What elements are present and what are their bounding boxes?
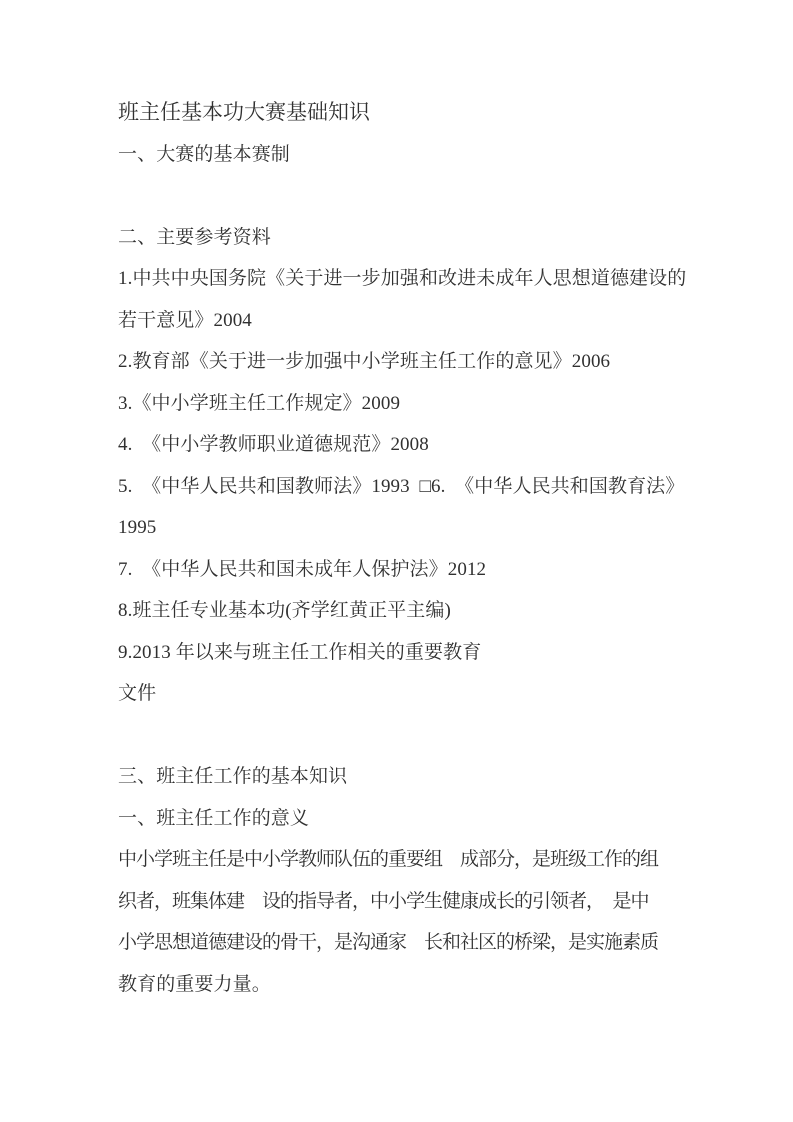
reference-item-3: 3.《中小学班主任工作规定》2009 <box>118 383 678 425</box>
body-text-line: 小学思想道德建设的骨干，是沟通家 长和社区的桥梁，是实施素质 <box>118 922 678 964</box>
subsection-heading-1: 一、班主任工作的意义 <box>118 798 678 840</box>
document-page: 班主任基本功大赛基础知识 一、大赛的基本赛制 二、主要参考资料 1.中共中央国务… <box>0 0 793 1122</box>
reference-item-1-wrap: 若干意见》2004 <box>118 300 678 342</box>
reference-item-1: 1.中共中央国务院《关于进一步加强和改进未成年人思想道德建设的 <box>118 258 678 300</box>
reference-item-4: 4. 《中小学教师职业道德规范》2008 <box>118 424 678 466</box>
section-heading-2: 二、主要参考资料 <box>118 217 678 259</box>
blank-line <box>118 715 678 757</box>
document-title: 班主任基本功大赛基础知识 <box>118 92 678 134</box>
blank-line <box>118 175 678 217</box>
reference-item-8: 8.班主任专业基本功(齐学红黄正平主编) <box>118 590 678 632</box>
reference-item-7: 7. 《中华人民共和国未成年人保护法》2012 <box>118 549 678 591</box>
section-heading-3: 三、班主任工作的基本知识 <box>118 756 678 798</box>
body-text-line: 教育的重要力量。 <box>118 964 678 1006</box>
reference-item-9-wrap: 文件 <box>118 673 678 715</box>
body-text-line: 中小学班主任是中小学教师队伍的重要组 成部分，是班级工作的组 <box>118 839 678 881</box>
reference-item-2: 2.教育部《关于进一步加强中小学班主任工作的意见》2006 <box>118 341 678 383</box>
document-content: 班主任基本功大赛基础知识 一、大赛的基本赛制 二、主要参考资料 1.中共中央国务… <box>118 92 678 1005</box>
reference-item-9: 9.2013 年以来与班主任工作相关的重要教育 <box>118 632 678 674</box>
section-heading-1: 一、大赛的基本赛制 <box>118 134 678 176</box>
reference-item-6-wrap: 1995 <box>118 507 678 549</box>
reference-item-5-6: 5. 《中华人民共和国教师法》1993 □6. 《中华人民共和国教育法》 <box>118 466 678 508</box>
body-text-line: 织者，班集体建 设的指导者，中小学生健康成长的引领者， 是中 <box>118 881 678 923</box>
